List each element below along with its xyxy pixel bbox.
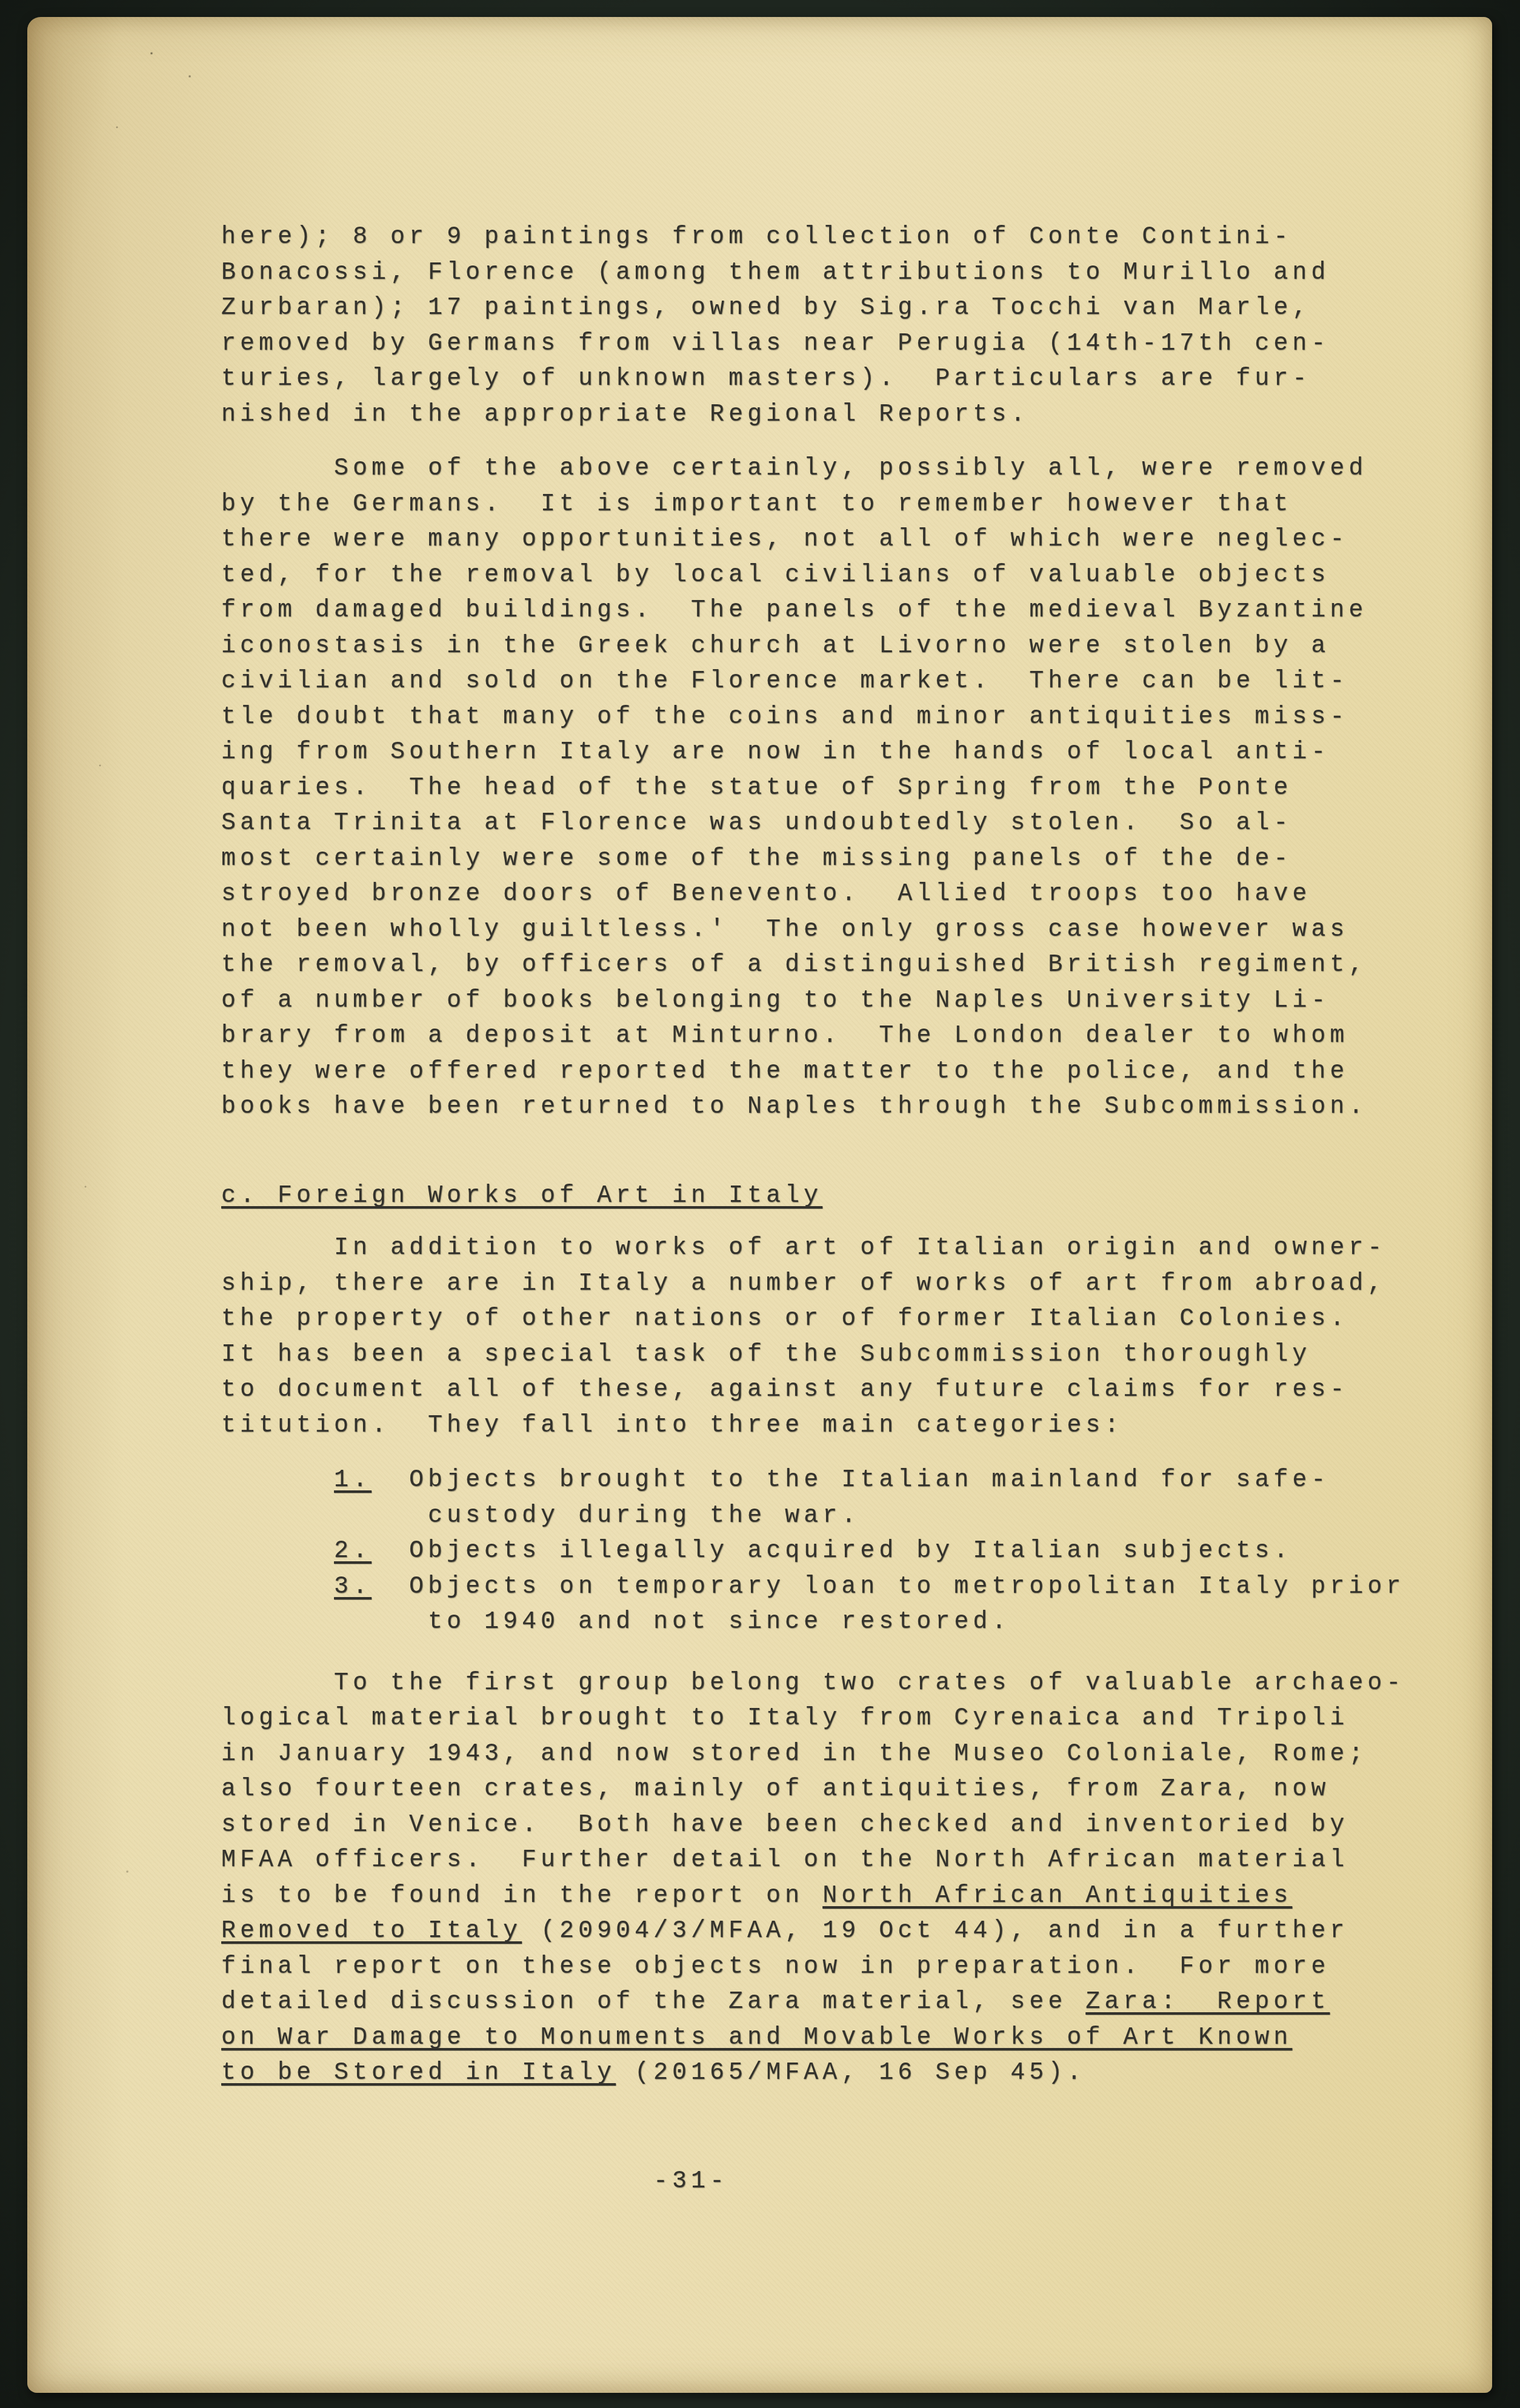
text-segment: turies, largely of unknown masters). Par… bbox=[221, 365, 1311, 393]
underlined-text: North African Antiquities bbox=[822, 1883, 1292, 1910]
text-line: ted, for the removal by local civilians … bbox=[221, 558, 1405, 594]
text-line: Removed to Italy (20904/3/MFAA, 19 Oct 4… bbox=[221, 1914, 1405, 1950]
text-segment bbox=[221, 1467, 334, 1494]
text-segment: Objects on temporary loan to metropolita… bbox=[372, 1573, 1405, 1601]
paragraph-foreign-works-intro: In addition to works of art of Italian o… bbox=[221, 1231, 1405, 1444]
text-line: In addition to works of art of Italian o… bbox=[221, 1231, 1405, 1267]
text-segment: by the Germans. It is important to remem… bbox=[221, 491, 1292, 518]
text-line: stroyed bronze doors of Benevento. Allie… bbox=[221, 877, 1405, 913]
text-segment bbox=[221, 1538, 334, 1565]
text-line: on War Damage to Monuments and Movable W… bbox=[221, 2021, 1405, 2056]
text-line: titution. They fall into three main cate… bbox=[221, 1409, 1405, 1444]
text-line: iconostasis in the Greek church at Livor… bbox=[221, 629, 1405, 665]
text-segment: iconostasis in the Greek church at Livor… bbox=[221, 633, 1330, 660]
text-segment: there were many opportunities, not all o… bbox=[221, 526, 1348, 553]
text-line: the removal, by officers of a distinguis… bbox=[221, 948, 1405, 984]
text-segment: is to be found in the report on bbox=[221, 1883, 822, 1910]
section-heading-foreign-works: c. Foreign Works of Art in Italy bbox=[221, 1179, 1405, 1215]
underlined-text: on War Damage to Monuments and Movable W… bbox=[221, 2024, 1292, 2052]
text-segment: In addition to works of art of Italian o… bbox=[221, 1235, 1386, 1262]
text-line: detailed discussion of the Zara material… bbox=[221, 1985, 1405, 2021]
text-segment: To the first group belong two crates of … bbox=[221, 1670, 1405, 1697]
text-segment: ted, for the removal by local civilians … bbox=[221, 562, 1330, 589]
scanned-document-background: { "colors": { "paper": "#e9dcae", "ink":… bbox=[0, 0, 1520, 2408]
text-line: from damaged buildings. The panels of th… bbox=[221, 593, 1405, 629]
text-line: 3. Objects on temporary loan to metropol… bbox=[221, 1570, 1405, 1606]
underlined-text: Removed to Italy bbox=[221, 1918, 522, 1945]
text-line: most certainly were some of the missing … bbox=[221, 842, 1405, 878]
text-line: final report on these objects now in pre… bbox=[221, 1950, 1405, 1986]
text-line: ship, there are in Italy a number of wor… bbox=[221, 1267, 1405, 1302]
text-line: ing from Southern Italy are now in the h… bbox=[221, 735, 1405, 771]
text-segment: Objects brought to the Italian mainland … bbox=[372, 1467, 1330, 1494]
text-line: Bonacossi, Florence (among them attribut… bbox=[221, 256, 1405, 292]
text-segment: Santa Trinita at Florence was undoubtedl… bbox=[221, 810, 1292, 837]
text-segment: quaries. The head of the statue of Sprin… bbox=[221, 775, 1292, 802]
text-segment: It has been a special task of the Subcom… bbox=[221, 1341, 1311, 1369]
text-segment: (20165/MFAA, 16 Sep 45). bbox=[616, 2059, 1085, 2087]
text-segment: detailed discussion of the Zara material… bbox=[221, 1989, 1085, 2016]
text-line: the property of other nations or of form… bbox=[221, 1302, 1405, 1338]
text-segment: removed by Germans from villas near Peru… bbox=[221, 330, 1330, 358]
text-segment: stored in Venice. Both have been checked… bbox=[221, 1812, 1348, 1839]
text-segment: not been wholly guiltless.' The only gro… bbox=[221, 916, 1348, 944]
text-line: is to be found in the report on North Af… bbox=[221, 1879, 1405, 1915]
text-line: also fourteen crates, mainly of antiquit… bbox=[221, 1772, 1405, 1808]
typewritten-text: here); 8 or 9 paintings from collection … bbox=[221, 220, 1405, 2200]
text-line: by the Germans. It is important to remem… bbox=[221, 487, 1405, 523]
paragraph-first-group-detail: To the first group belong two crates of … bbox=[221, 1666, 1405, 2092]
text-segment: -31- bbox=[221, 2168, 728, 2195]
text-segment: here); 8 or 9 paintings from collection … bbox=[221, 224, 1292, 251]
underlined-text: 2. bbox=[334, 1538, 372, 1565]
text-line: removed by Germans from villas near Peru… bbox=[221, 327, 1405, 362]
text-line: civilian and sold on the Florence market… bbox=[221, 664, 1405, 700]
text-segment: titution. They fall into three main cate… bbox=[221, 1412, 1123, 1439]
text-line: to document all of these, against any fu… bbox=[221, 1373, 1405, 1409]
text-line: It has been a special task of the Subcom… bbox=[221, 1338, 1405, 1373]
document-page: here); 8 or 9 paintings from collection … bbox=[27, 17, 1492, 2393]
text-segment: custody during the war. bbox=[221, 1502, 860, 1530]
underlined-text: c. Foreign Works of Art in Italy bbox=[221, 1182, 822, 1210]
text-segment: ship, there are in Italy a number of wor… bbox=[221, 1270, 1386, 1298]
text-line: books have been returned to Naples throu… bbox=[221, 1090, 1405, 1126]
text-line: To the first group belong two crates of … bbox=[221, 1666, 1405, 1702]
text-segment: Some of the above certainly, possibly al… bbox=[221, 455, 1367, 482]
text-line: quaries. The head of the statue of Sprin… bbox=[221, 771, 1405, 807]
text-line: Zurbaran); 17 paintings, owned by Sig.ra… bbox=[221, 291, 1405, 327]
underlined-text: Zara: Report bbox=[1085, 1989, 1330, 2016]
text-line: they were offered reported the matter to… bbox=[221, 1055, 1405, 1090]
categories-numbered-list: 1. Objects brought to the Italian mainla… bbox=[221, 1463, 1405, 1641]
text-line: MFAA officers. Further detail on the Nor… bbox=[221, 1843, 1405, 1879]
underlined-text: to be Stored in Italy bbox=[221, 2059, 616, 2087]
text-segment: Zurbaran); 17 paintings, owned by Sig.ra… bbox=[221, 295, 1311, 322]
text-segment: Bonacossi, Florence (among them attribut… bbox=[221, 259, 1330, 287]
text-segment: brary from a deposit at Minturno. The Lo… bbox=[221, 1022, 1348, 1050]
page-number: -31- bbox=[221, 2164, 1405, 2200]
text-segment: tle doubt that many of the coins and min… bbox=[221, 704, 1348, 731]
text-line: here); 8 or 9 paintings from collection … bbox=[221, 220, 1405, 256]
text-line: logical material brought to Italy from C… bbox=[221, 1701, 1405, 1737]
text-segment: nished in the appropriate Regional Repor… bbox=[221, 401, 1029, 429]
underlined-text: 1. bbox=[334, 1467, 372, 1494]
text-segment: Objects illegally acquired by Italian su… bbox=[372, 1538, 1292, 1565]
text-segment: civilian and sold on the Florence market… bbox=[221, 668, 1348, 695]
text-segment: in January 1943, and now stored in the M… bbox=[221, 1741, 1367, 1768]
text-segment: of a number of books belonging to the Na… bbox=[221, 987, 1330, 1015]
text-segment: to document all of these, against any fu… bbox=[221, 1376, 1348, 1404]
text-line: 1. Objects brought to the Italian mainla… bbox=[221, 1463, 1405, 1499]
text-line: Some of the above certainly, possibly al… bbox=[221, 452, 1405, 487]
text-segment: final report on these objects now in pre… bbox=[221, 1953, 1330, 1981]
underlined-text: 3. bbox=[334, 1573, 372, 1601]
text-segment: the property of other nations or of form… bbox=[221, 1306, 1348, 1333]
text-segment: also fourteen crates, mainly of antiquit… bbox=[221, 1776, 1330, 1803]
text-segment: from damaged buildings. The panels of th… bbox=[221, 597, 1367, 624]
text-line: to 1940 and not since restored. bbox=[221, 1605, 1405, 1641]
text-segment: they were offered reported the matter to… bbox=[221, 1058, 1348, 1086]
text-line: Santa Trinita at Florence was undoubtedl… bbox=[221, 806, 1405, 842]
text-line: 2. Objects illegally acquired by Italian… bbox=[221, 1534, 1405, 1570]
text-segment bbox=[221, 1573, 334, 1601]
text-segment: to 1940 and not since restored. bbox=[221, 1609, 1010, 1636]
paragraph-continuation-paintings: here); 8 or 9 paintings from collection … bbox=[221, 220, 1405, 433]
text-line: stored in Venice. Both have been checked… bbox=[221, 1808, 1405, 1844]
text-line: tle doubt that many of the coins and min… bbox=[221, 700, 1405, 736]
paragraph-removals-and-thefts: Some of the above certainly, possibly al… bbox=[221, 452, 1405, 1126]
text-line: c. Foreign Works of Art in Italy bbox=[221, 1179, 1405, 1215]
text-segment: stroyed bronze doors of Benevento. Allie… bbox=[221, 881, 1311, 908]
text-line: brary from a deposit at Minturno. The Lo… bbox=[221, 1019, 1405, 1055]
text-line: to be Stored in Italy (20165/MFAA, 16 Se… bbox=[221, 2056, 1405, 2092]
text-segment: most certainly were some of the missing … bbox=[221, 845, 1292, 873]
text-segment: (20904/3/MFAA, 19 Oct 44), and in a furt… bbox=[522, 1918, 1348, 1945]
text-line: not been wholly guiltless.' The only gro… bbox=[221, 913, 1405, 949]
text-line: in January 1943, and now stored in the M… bbox=[221, 1737, 1405, 1773]
text-segment: ing from Southern Italy are now in the h… bbox=[221, 739, 1330, 766]
text-line: there were many opportunities, not all o… bbox=[221, 522, 1405, 558]
text-line: custody during the war. bbox=[221, 1499, 1405, 1535]
text-segment: MFAA officers. Further detail on the Nor… bbox=[221, 1847, 1348, 1874]
text-segment: logical material brought to Italy from C… bbox=[221, 1705, 1348, 1732]
text-line: -31- bbox=[221, 2164, 1405, 2200]
text-line: nished in the appropriate Regional Repor… bbox=[221, 398, 1405, 433]
text-line: of a number of books belonging to the Na… bbox=[221, 984, 1405, 1019]
text-line: turies, largely of unknown masters). Par… bbox=[221, 362, 1405, 398]
text-segment: the removal, by officers of a distinguis… bbox=[221, 952, 1367, 979]
text-segment: books have been returned to Naples throu… bbox=[221, 1093, 1367, 1121]
